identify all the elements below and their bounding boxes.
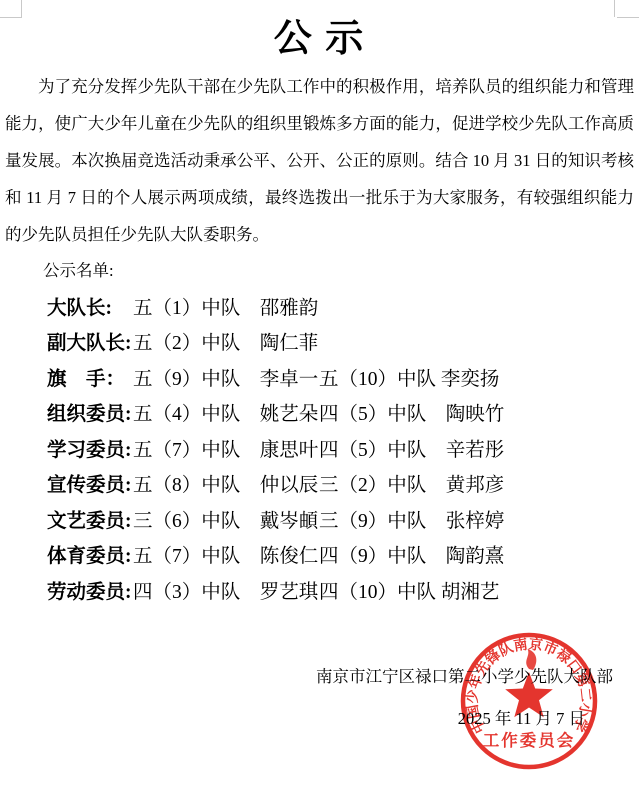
- roster-row-organization: 组织委员: 五（4）中队 姚艺朵 四（5）中队 陶映竹: [0, 395, 639, 431]
- notice-document-page: 公 示 为了充分发挥少先队干部在少先队工作中的积极作用，培养队员的组织能力和管理…: [0, 0, 639, 795]
- roster-row-deputy-leader: 副大队长: 五（2）中队 陶仁菲: [0, 324, 639, 360]
- roster-position-label: 劳动委员:: [47, 576, 133, 604]
- roster-entry: 五（9）中队 李卓一: [133, 363, 319, 391]
- roster-entry: 五（1）中队 邵雅韵: [133, 292, 319, 320]
- roster-entry: 三（6）中队 戴岑頔: [133, 505, 319, 533]
- margin-crop-mark-top-left: [21, 0, 22, 17]
- margin-crop-mark-top-left: [0, 17, 22, 18]
- seal-star-icon: [505, 672, 553, 717]
- roster-entry: 四（10）中队 胡湘艺: [319, 576, 639, 604]
- roster-entry: 五（7）中队 陈俊仁: [133, 540, 319, 568]
- roster-row-publicity: 宣传委员: 五（8）中队 仲以辰 三（2）中队 黄邦彦: [0, 466, 639, 502]
- roster-entry: 五（2）中队 陶仁菲: [133, 327, 319, 355]
- roster-entry: 四（5）中队 辛若彤: [319, 434, 639, 462]
- margin-crop-mark-top-right: [617, 17, 639, 18]
- roster-list: 大队长: 五（1）中队 邵雅韵 副大队长: 五（2）中队 陶仁菲 旗 手： 五（…: [0, 288, 639, 608]
- roster-entry: 四（3）中队 罗艺琪: [133, 576, 319, 604]
- roster-position-label: 大队长:: [47, 292, 133, 320]
- roster-row-arts: 文艺委员: 三（6）中队 戴岑頔 三（9）中队 张梓婷: [0, 501, 639, 537]
- seal-bottom-text: 工作委员会: [483, 730, 576, 750]
- roster-position-label: 宣传委员:: [47, 469, 133, 497]
- notice-body-paragraph: 为了充分发挥少先队干部在少先队工作中的积极作用，培养队员的组织能力和管理能力，使…: [5, 68, 634, 253]
- margin-crop-mark-top-right: [614, 0, 615, 17]
- roster-entry: 五（10）中队 李奕扬: [319, 363, 639, 391]
- roster-row-study: 学习委员: 五（7）中队 康思叶 四（5）中队 辛若彤: [0, 430, 639, 466]
- roster-row-labor: 劳动委员: 四（3）中队 罗艺琪 四（10）中队 胡湘艺: [0, 572, 639, 608]
- roster-entry: 五（8）中队 仲以辰: [133, 469, 319, 497]
- roster-row-brigade-leader: 大队长: 五（1）中队 邵雅韵: [0, 288, 639, 324]
- roster-position-label: 文艺委员:: [47, 505, 133, 533]
- roster-entry: 五（4）中队 姚艺朵: [133, 398, 319, 426]
- roster-row-sports: 体育委员: 五（7）中队 陈俊仁 四（9）中队 陶韵熹: [0, 537, 639, 573]
- roster-entry: 四（9）中队 陶韵熹: [319, 540, 639, 568]
- roster-position-label: 学习委员:: [47, 434, 133, 462]
- roster-position-label: 体育委员:: [47, 540, 133, 568]
- roster-position-label: 组织委员:: [47, 398, 133, 426]
- official-seal: 中国少年先锋队南京市禄口第二小学 工作委员会: [449, 621, 609, 781]
- roster-position-label: 旗 手：: [47, 363, 133, 391]
- notice-title: 公 示: [0, 0, 639, 62]
- roster-heading: 公示名单:: [5, 253, 634, 288]
- roster-position-label: 副大队长:: [47, 327, 133, 355]
- roster-row-flag-bearer: 旗 手： 五（9）中队 李卓一 五（10）中队 李奕扬: [0, 359, 639, 395]
- roster-entry: 五（7）中队 康思叶: [133, 434, 319, 462]
- roster-entry: 四（5）中队 陶映竹: [319, 398, 639, 426]
- roster-entry: 三（9）中队 张梓婷: [319, 505, 639, 533]
- roster-entry: 三（2）中队 黄邦彦: [319, 469, 639, 497]
